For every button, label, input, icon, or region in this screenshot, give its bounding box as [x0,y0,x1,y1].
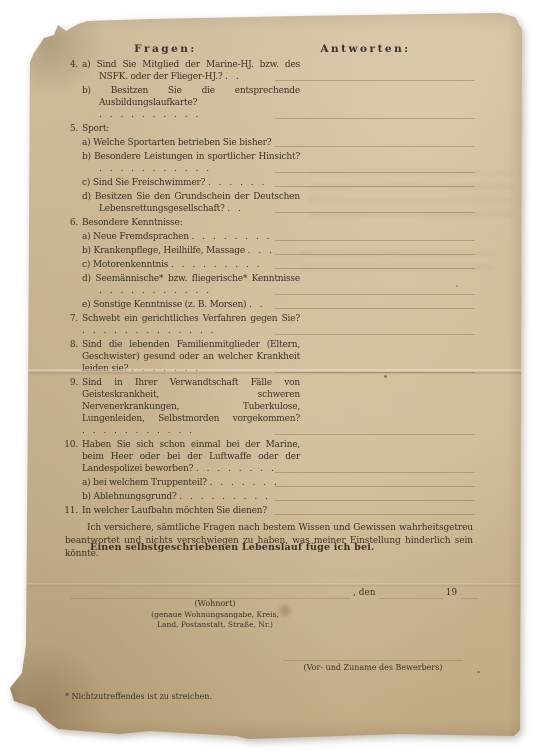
dot-leader: . . [249,300,265,310]
question-number: 9. [60,377,78,437]
question-text: In welcher Laufbahn möchten Sie dienen? [82,506,267,516]
question-number [60,191,78,215]
question-number: 6. [60,217,78,229]
date-row: , den 19 [70,585,480,599]
question-text: Schwebt ein gerichtliches Verfahren gege… [82,314,300,324]
question-row: 7. Schwebt ein gerichtliches Verfahren g… [60,313,500,337]
question-prefix: c) [82,178,93,188]
question-prefix: b) [82,246,94,256]
answer-line [275,186,475,187]
question-row: c) Sind Sie Freischwimmer? . . . . . . [60,177,500,189]
answer-line [275,434,475,435]
question-text: Welche Sportarten betrieben Sie bisher? [93,138,271,148]
dot-leader: . . . . . . . [210,478,280,488]
paper-sheet: Fragen: Antworten: 4. a) Sind Sie Mitgli… [8,13,523,741]
question-number [60,177,78,189]
wohnort-label: (Wohnort) [70,599,360,610]
answer-line [275,240,475,241]
den-label: , den [350,587,379,599]
scanned-form-page: Fragen: Antworten: 4. a) Sind Sie Mitgli… [8,13,523,741]
question-row: 5. Sport: [60,123,500,135]
answer-line [275,268,475,269]
question-number [60,259,78,271]
question-row: b) Besitzen Sie die entsprechende Ausbil… [60,85,500,121]
question-number [60,273,78,297]
question-row: b) Besondere Leistungen in sportlicher H… [60,151,500,175]
question-number [60,137,78,149]
signature-block: (Vor- und Zuname des Bewerbers) [283,653,463,672]
dot-leader: . . [227,204,243,214]
question-text: Seemännische* bzw. fliegerische* Kenntni… [95,274,300,284]
question-row: b) Krankenpflege, Heilhilfe, Massage . .… [60,245,500,257]
question-text: Besitzen Sie den Grundschein der Deutsch… [95,192,300,214]
question-row: 11. In welcher Laufbahn möchten Sie dien… [60,505,500,517]
dot-leader: . . . . . . . . [192,232,272,242]
question-prefix: b) [82,492,94,502]
question-row: b) Ablehnungsgrund? . . . . . . . . . [60,491,500,503]
dot-leader: . . . . . . . . . . . [82,426,195,436]
question-text: Sind Sie Freischwimmer? [93,178,205,188]
address-hint-block: (Wohnort) (genaue Wohnungsangabe, Kreis,… [70,599,360,631]
day-line [379,586,443,599]
question-row: 8. Sind die lebenden Familienmitglieder … [60,339,500,375]
question-row: e) Sonstige Kenntnisse (z. B. Morsen) . … [60,299,500,311]
dot-leader: . . . . . . [208,178,267,188]
question-row: d) Besitzen Sie den Grundschein der Deut… [60,191,500,215]
question-row: 10. Haben Sie sich schon einmal bei der … [60,439,500,475]
question-text: Sind Sie Mitglied der Marine-HJ. bzw. de… [97,60,300,82]
dot-leader: . . . . . . . . . . . . . [82,326,216,336]
question-number [60,231,78,243]
answer-line [275,146,475,147]
question-text: Krankenpflege, Heilhilfe, Massage [94,246,245,256]
answer-line [275,514,475,515]
footnote: * Nichtzutreffendes ist zu streichen. [65,692,212,701]
question-text: Besondere Leistungen in sportlicher Hins… [94,152,300,162]
question-text: Sonstige Kenntnisse (z. B. Morsen) [93,300,246,310]
question-text: Motorenkenntnis [93,260,168,270]
question-row: a) Neue Fremdsprachen . . . . . . . . [60,231,500,243]
question-prefix: d) [82,274,95,284]
question-number [60,151,78,175]
question-row: 4. a) Sind Sie Mitglied der Marine-HJ. b… [60,59,500,83]
question-number: 5. [60,123,78,135]
question-text: Sind in Ihrer Verwandtschaft Fälle von G… [82,378,300,424]
answer-line [275,212,475,213]
question-prefix: a) [82,138,93,148]
lebenslauf-statement: Einen selbstgeschriebenen Lebenslauf füg… [90,542,375,553]
dot-leader: . . . . . . . . [196,464,276,474]
address-hint-line1: (genaue Wohnungsangabe, Kreis, [70,610,360,621]
questions-list: 4. a) Sind Sie Mitglied der Marine-HJ. b… [60,59,500,519]
answer-line [275,294,475,295]
question-row: a) Welche Sportarten betrieben Sie bishe… [60,137,500,149]
answer-line [275,254,475,255]
question-text: Ablehnungsgrund? [94,492,177,502]
answer-line [275,172,475,173]
answer-line [275,80,475,81]
dot-leader: . . . . . . . . . . [99,110,201,120]
question-text: Besondere Kenntnisse: [82,218,182,228]
year-line [460,586,478,599]
question-row: d) Seemännische* bzw. fliegerische* Kenn… [60,273,500,297]
dot-leader: . . . . . . . . . [171,260,262,270]
question-number: 4. [60,59,78,83]
dot-leader: . . . . . . . [131,364,201,374]
question-text: bei welchem Truppenteil? [93,478,207,488]
place-line [70,586,350,599]
answer-line [275,472,475,473]
question-prefix: a) [82,232,93,242]
paper-fleck [477,671,480,673]
answer-line [275,334,475,335]
year-prefix: 19 [443,587,460,599]
dot-leader: . . . [248,246,275,256]
question-text: Neue Fremdsprachen [93,232,189,242]
signature-line [283,653,463,661]
question-number [60,85,78,121]
question-number [60,491,78,503]
question-prefix: c) [82,260,93,270]
answer-line [275,118,475,119]
question-row: 6. Besondere Kenntnisse: [60,217,500,229]
question-prefix: d) [82,192,95,202]
dot-leader: . . . . . . . . . . . [99,164,212,174]
signature-label: (Vor- und Zuname des Bewerbers) [283,663,463,672]
address-hint-line2: Land, Postanstalt, Straße, Nr.) [70,620,360,631]
question-number [60,299,78,311]
question-number [60,477,78,489]
antworten-header: Antworten: [308,43,423,55]
question-number: 10. [60,439,78,475]
question-number [60,245,78,257]
question-prefix: b) [82,86,111,96]
question-prefix: e) [82,300,93,310]
answer-line [275,500,475,501]
question-number: 8. [60,339,78,375]
question-prefix: a) [82,478,93,488]
answer-line [275,308,475,309]
question-row: c) Motorenkenntnis . . . . . . . . . [60,259,500,271]
answer-line [275,486,475,487]
answer-line [275,372,475,373]
column-headers: Fragen: Antworten: [8,43,523,59]
question-number: 7. [60,313,78,337]
question-text: Sport: [82,124,109,134]
dot-leader: . . . . . . . . . [179,492,270,502]
question-text: Besitzen Sie die entsprechende Ausbildun… [99,86,300,108]
fragen-header: Fragen: [118,43,213,55]
question-row: a) bei welchem Truppenteil? . . . . . . … [60,477,500,489]
question-prefix: b) [82,152,94,162]
question-prefix: a) [82,60,97,70]
question-number: 11. [60,505,78,517]
question-row: 9. Sind in Ihrer Verwandtschaft Fälle vo… [60,377,500,437]
dot-leader: . . . . . . . . . . . [99,286,212,296]
dot-leader: . . [225,72,241,82]
